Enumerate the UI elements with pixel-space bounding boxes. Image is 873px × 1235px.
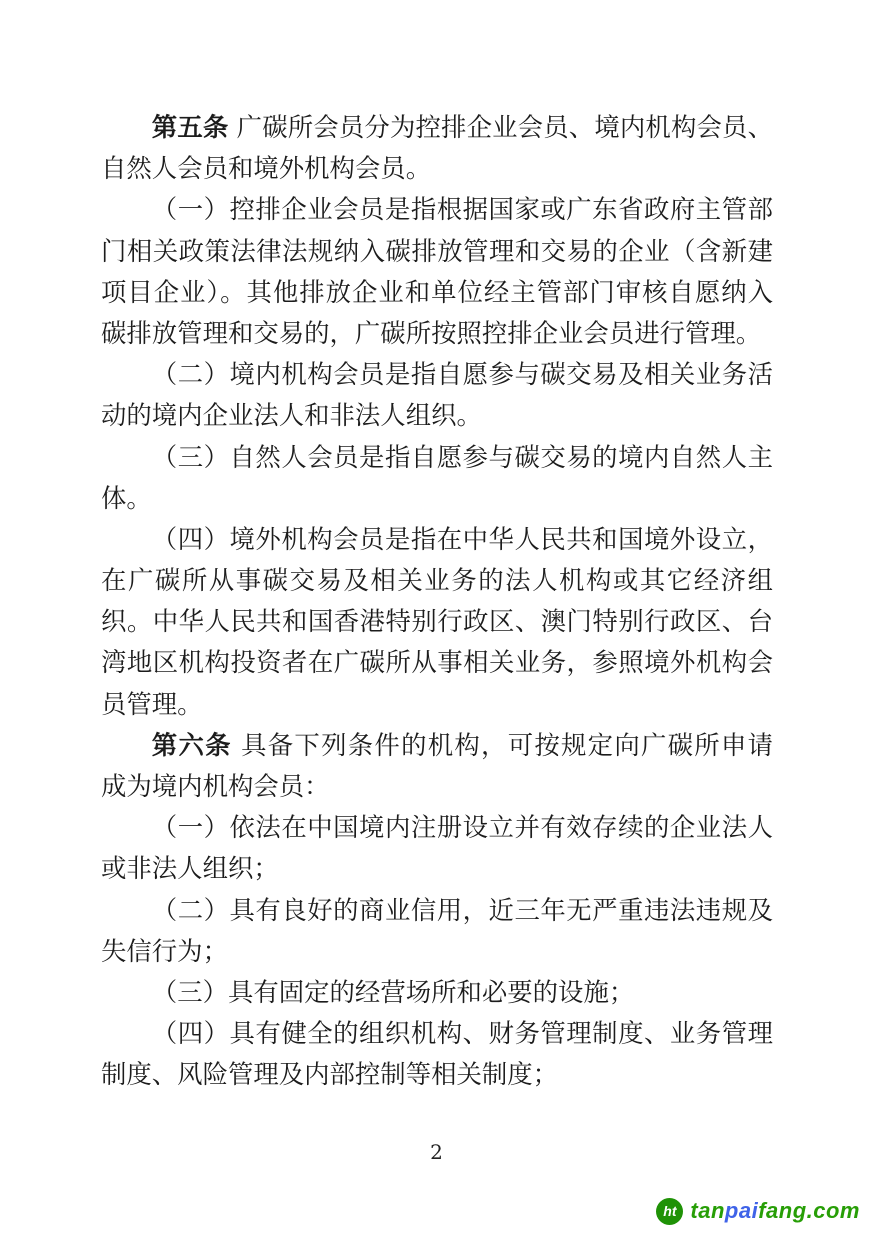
document-page: 第五条 广碳所会员分为控排企业会员、境内机构会员、自然人会员和境外机构会员。（一… bbox=[0, 0, 873, 1235]
document-body: 第五条 广碳所会员分为控排企业会员、境内机构会员、自然人会员和境外机构会员。（一… bbox=[101, 107, 773, 1096]
text-line: 第五条 广碳所会员分为控排企业会员、境内机构会员、 bbox=[101, 107, 773, 148]
text-line: 成为境内机构会员： bbox=[101, 766, 773, 807]
text-line: 湾地区机构投资者在广碳所从事相关业务，参照境外机构会 bbox=[101, 642, 773, 683]
line-text: （二）具有良好的商业信用，近三年无严重违法违规及 bbox=[152, 895, 773, 925]
line-text: 织。中华人民共和国香港特别行政区、澳门特别行政区、台 bbox=[101, 606, 773, 636]
watermark-logo[interactable]: ht tanpaifang.com bbox=[656, 1195, 860, 1227]
line-text: （四）具有健全的组织机构、财务管理制度、业务管理 bbox=[152, 1018, 773, 1048]
text-line: （二）境内机构会员是指自愿参与碳交易及相关业务活 bbox=[101, 354, 773, 395]
line-text: （四）境外机构会员是指在中华人民共和国境外设立， bbox=[152, 524, 773, 554]
line-text: 动的境内企业法人和非法人组织。 bbox=[101, 400, 482, 430]
line-text: 碳排放管理和交易的，广碳所按照控排企业会员进行管理。 bbox=[101, 318, 761, 348]
text-line: （四）具有健全的组织机构、财务管理制度、业务管理 bbox=[101, 1013, 773, 1054]
line-text: 门相关政策法律法规纳入碳排放管理和交易的企业（含新建 bbox=[101, 236, 773, 266]
text-line: 门相关政策法律法规纳入碳排放管理和交易的企业（含新建 bbox=[101, 231, 773, 272]
line-text: 失信行为； bbox=[101, 936, 228, 966]
text-line: 制度、风险管理及内部控制等相关制度； bbox=[101, 1054, 773, 1095]
text-line: 体。 bbox=[101, 478, 773, 519]
line-text: 制度、风险管理及内部控制等相关制度； bbox=[101, 1059, 558, 1089]
watermark-text-part: tan bbox=[690, 1198, 725, 1223]
text-line: 失信行为； bbox=[101, 931, 773, 972]
line-text: 项目企业）。其他排放企业和单位经主管部门审核自愿纳入 bbox=[101, 277, 773, 307]
line-text: 具备下列条件的机构，可按规定向广碳所申请 bbox=[232, 730, 773, 760]
line-text: 在广碳所从事碳交易及相关业务的法人机构或其它经济组 bbox=[101, 565, 773, 595]
watermark-text-part: fang.com bbox=[758, 1198, 860, 1223]
line-text: 广碳所会员分为控排企业会员、境内机构会员、 bbox=[228, 112, 773, 142]
line-text: （一）控排企业会员是指根据国家或广东省政府主管部 bbox=[152, 194, 773, 224]
line-text: 体。 bbox=[101, 483, 152, 513]
line-text: 或非法人组织； bbox=[101, 853, 279, 883]
text-line: 项目企业）。其他排放企业和单位经主管部门审核自愿纳入 bbox=[101, 272, 773, 313]
text-line: （一）控排企业会员是指根据国家或广东省政府主管部 bbox=[101, 189, 773, 230]
watermark-text: tanpaifang.com bbox=[690, 1198, 860, 1224]
text-line: 或非法人组织； bbox=[101, 848, 773, 889]
text-line: （一）依法在中国境内注册设立并有效存续的企业法人 bbox=[101, 807, 773, 848]
text-line: 员管理。 bbox=[101, 684, 773, 725]
text-line: 第六条 具备下列条件的机构，可按规定向广碳所申请 bbox=[101, 725, 773, 766]
text-line: 动的境内企业法人和非法人组织。 bbox=[101, 395, 773, 436]
tanpaifang-logo-icon: ht bbox=[656, 1198, 683, 1225]
text-line: （四）境外机构会员是指在中华人民共和国境外设立， bbox=[101, 519, 773, 560]
page-number: 2 bbox=[0, 1140, 873, 1164]
line-text: 员管理。 bbox=[101, 689, 203, 719]
line-text: （三）自然人会员是指自愿参与碳交易的境内自然人主 bbox=[152, 442, 773, 472]
watermark-text-part: pai bbox=[725, 1198, 758, 1223]
line-text: （一）依法在中国境内注册设立并有效存续的企业法人 bbox=[152, 812, 773, 842]
line-text: 自然人会员和境外机构会员。 bbox=[101, 153, 431, 183]
text-line: （三）具有固定的经营场所和必要的设施； bbox=[101, 972, 773, 1013]
text-line: 自然人会员和境外机构会员。 bbox=[101, 148, 773, 189]
line-text: （三）具有固定的经营场所和必要的设施； bbox=[152, 977, 634, 1007]
line-text: （二）境内机构会员是指自愿参与碳交易及相关业务活 bbox=[152, 359, 773, 389]
text-line: 在广碳所从事碳交易及相关业务的法人机构或其它经济组 bbox=[101, 560, 773, 601]
text-line: （二）具有良好的商业信用，近三年无严重违法违规及 bbox=[101, 890, 773, 931]
line-text: 湾地区机构投资者在广碳所从事相关业务，参照境外机构会 bbox=[101, 647, 773, 677]
article-number-label: 第六条 bbox=[152, 730, 232, 760]
text-line: 织。中华人民共和国香港特别行政区、澳门特别行政区、台 bbox=[101, 601, 773, 642]
article-number-label: 第五条 bbox=[152, 112, 229, 142]
line-text: 成为境内机构会员： bbox=[101, 771, 330, 801]
text-line: （三）自然人会员是指自愿参与碳交易的境内自然人主 bbox=[101, 437, 773, 478]
text-line: 碳排放管理和交易的，广碳所按照控排企业会员进行管理。 bbox=[101, 313, 773, 354]
